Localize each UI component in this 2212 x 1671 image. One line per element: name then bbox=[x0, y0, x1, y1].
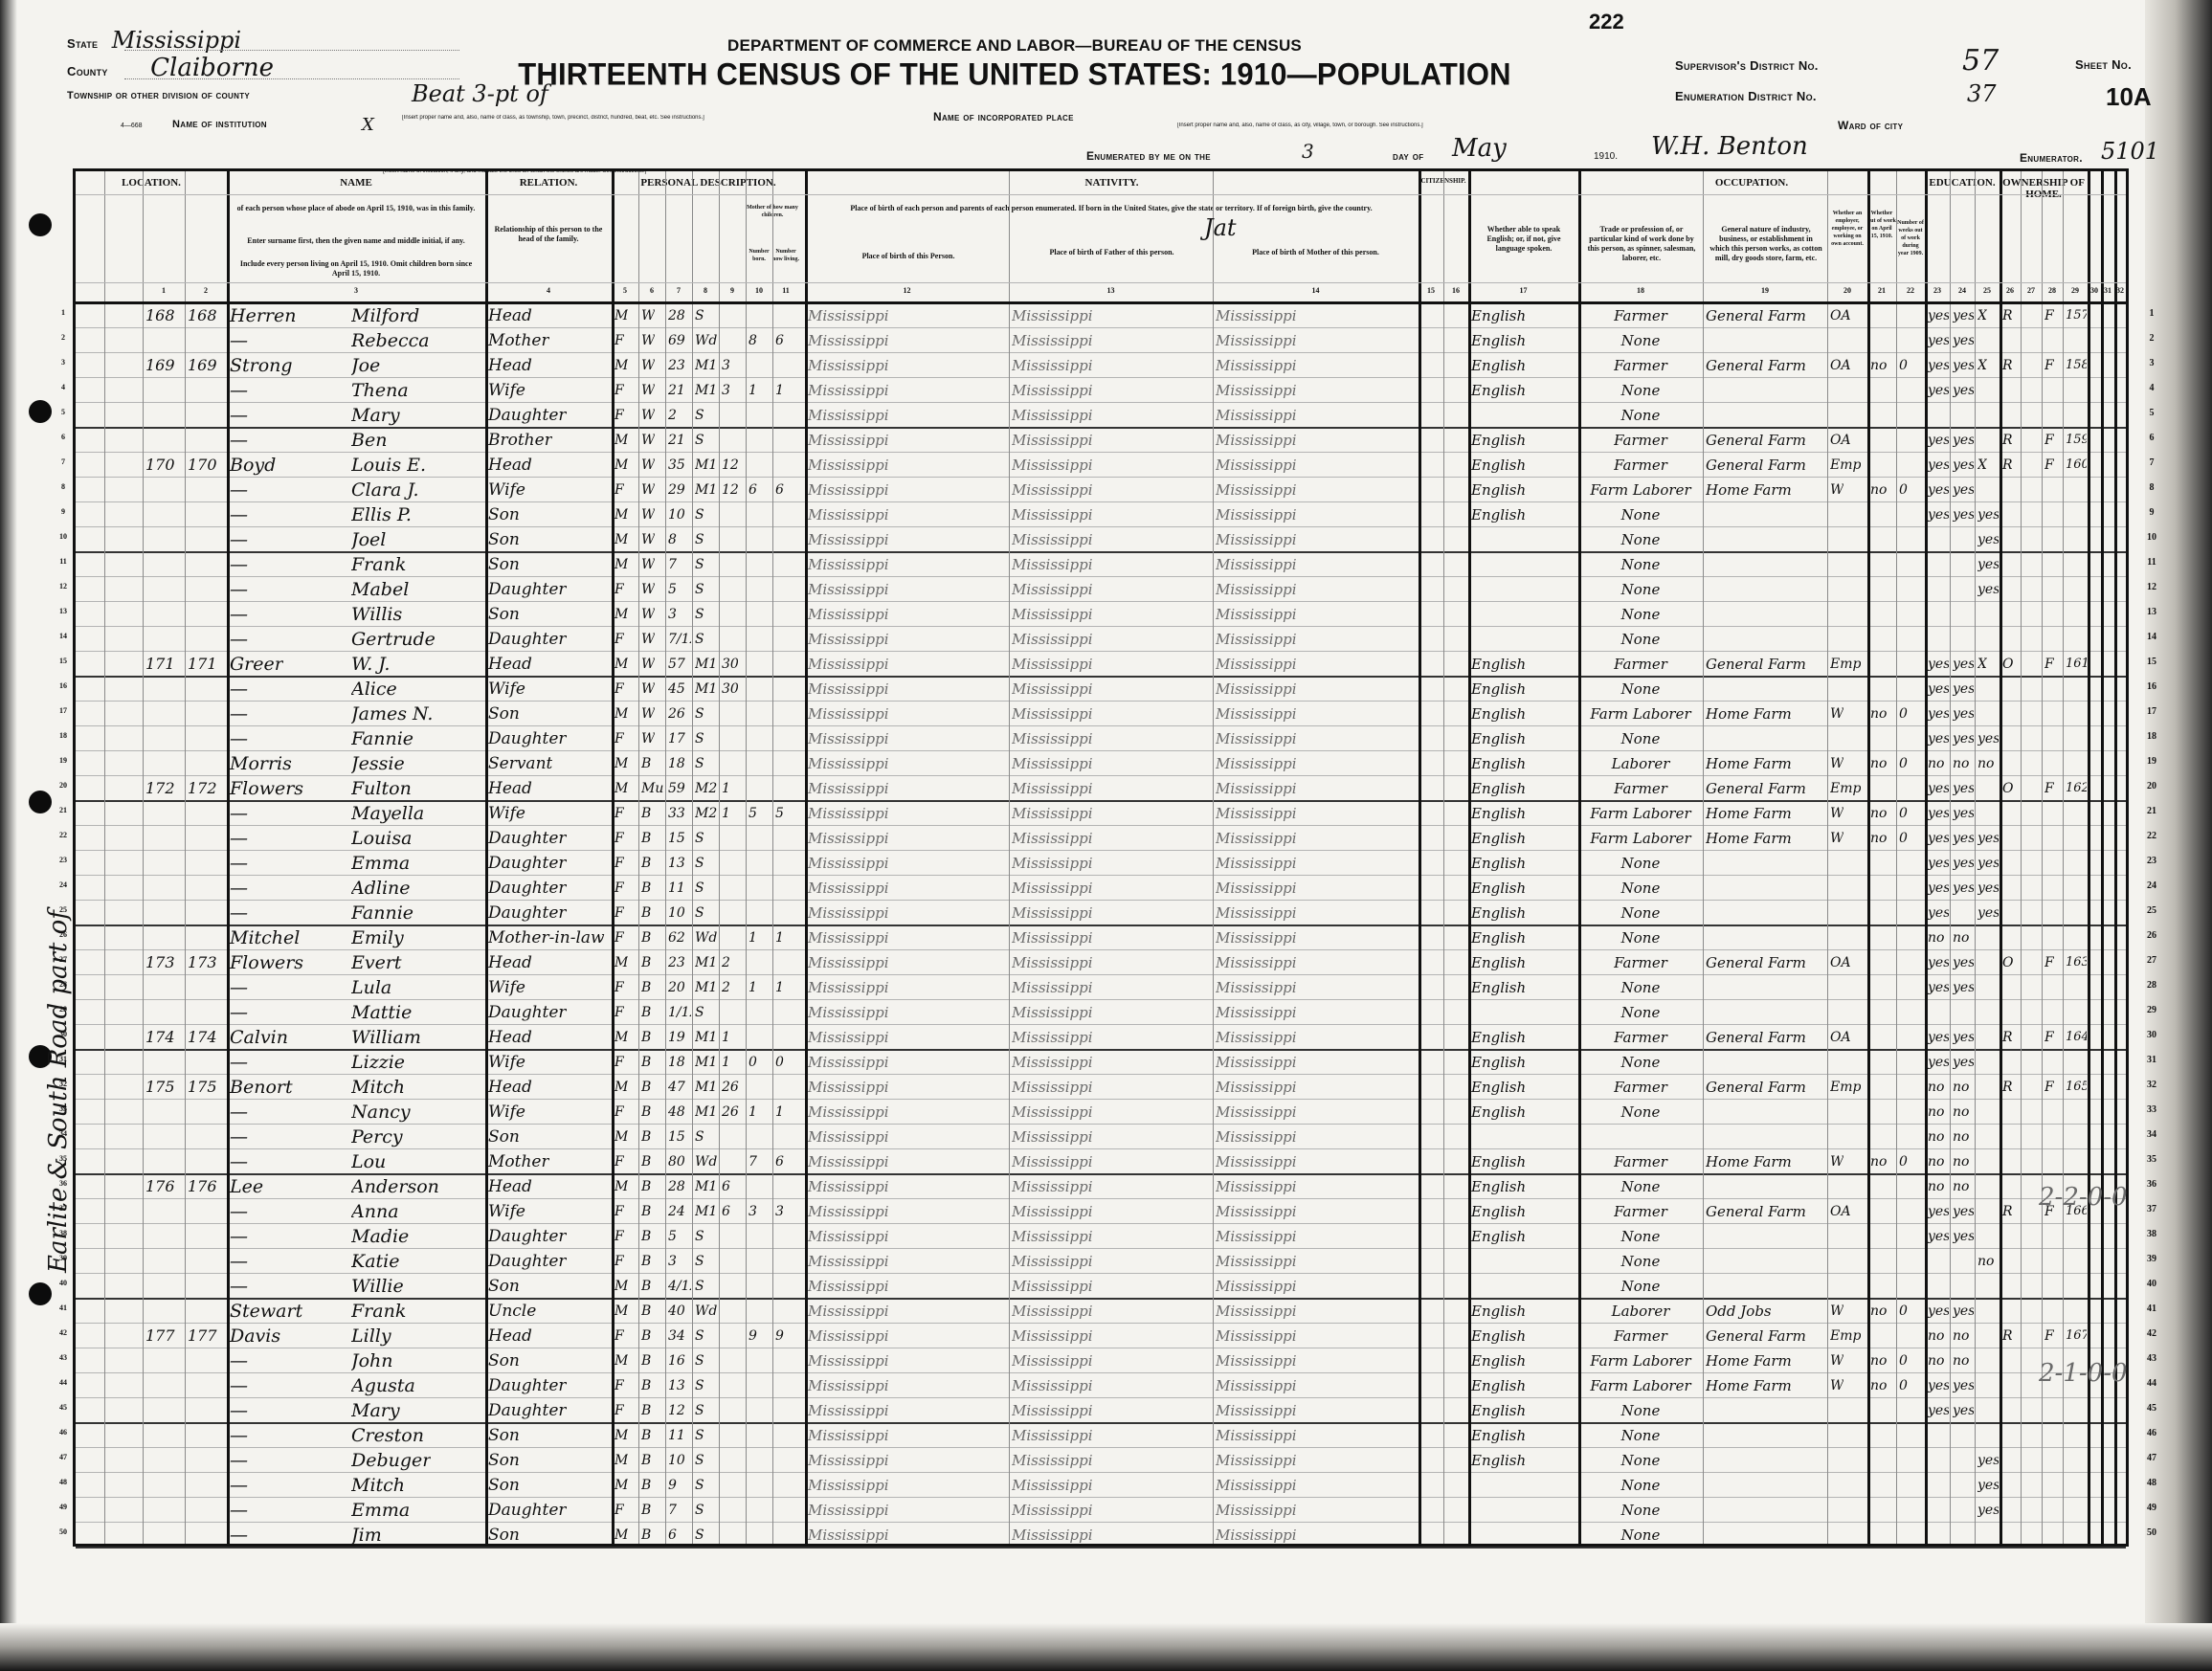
census-row[interactable]: —LizzieWifeFB18M1100MississippiMississip… bbox=[76, 1050, 2126, 1075]
cell-owned: O bbox=[2002, 654, 2013, 675]
line-number-left: 35 bbox=[54, 1154, 73, 1163]
cell-given: Mabel bbox=[351, 579, 409, 600]
cell-father: Mississippi bbox=[1012, 1375, 1093, 1396]
cell-english: English bbox=[1471, 853, 1526, 874]
cell-years-married: 30 bbox=[722, 654, 739, 675]
cell-surname: — bbox=[230, 1052, 248, 1073]
census-row[interactable]: 171171GreerW. J.HeadMW57M130MississippiM… bbox=[76, 652, 2126, 677]
cell-trade: None bbox=[1581, 1002, 1700, 1023]
cell-industry: General Farm bbox=[1706, 355, 1806, 376]
cell-english: English bbox=[1471, 828, 1526, 849]
cell-given: William bbox=[351, 1027, 421, 1048]
cell-sex: F bbox=[614, 1326, 624, 1347]
cell-english: English bbox=[1471, 355, 1526, 376]
census-row[interactable]: —FannieDaughterFW17SMississippiMississip… bbox=[76, 726, 2126, 751]
cell-given: Debuger bbox=[351, 1450, 431, 1471]
column-divider bbox=[1896, 171, 1897, 1544]
census-row[interactable]: 176176LeeAndersonHeadMB28M16MississippiM… bbox=[76, 1174, 2126, 1199]
line-number: 31 bbox=[2142, 1055, 2161, 1065]
cell-read: yes bbox=[1928, 479, 1949, 501]
census-row[interactable]: 174174CalvinWilliamHeadMB19M11Mississipp… bbox=[76, 1025, 2126, 1050]
cell-birth: Mississippi bbox=[808, 479, 889, 501]
cell-birth: Mississippi bbox=[808, 1425, 889, 1446]
cell-sex: F bbox=[614, 479, 624, 501]
cell-given: Joe bbox=[351, 355, 380, 376]
cell-trade: None bbox=[1581, 977, 1700, 998]
cell-schedule: 162 bbox=[2066, 778, 2087, 799]
cell-owned: R bbox=[2002, 1326, 2013, 1347]
cell-read: yes bbox=[1928, 455, 1949, 476]
line-number-left: 15 bbox=[54, 657, 73, 665]
cell-birth: Mississippi bbox=[808, 1002, 889, 1023]
cell-given: Creston bbox=[351, 1425, 424, 1446]
cell-dwelling: 176 bbox=[145, 1176, 175, 1197]
cell-race: B bbox=[641, 1500, 651, 1521]
cell-years-married: 12 bbox=[722, 479, 739, 501]
census-row[interactable]: —DebugerSonMB10SMississippiMississippiMi… bbox=[76, 1448, 2126, 1473]
cell-surname: — bbox=[230, 604, 248, 625]
column-divider bbox=[2114, 171, 2117, 1544]
cell-relation: Wife bbox=[488, 1052, 525, 1073]
cell-mother: Mississippi bbox=[1216, 1201, 1297, 1222]
cell-schedule: 161 bbox=[2066, 654, 2087, 675]
cell-read: yes bbox=[1928, 355, 1949, 376]
cell-age: 16 bbox=[668, 1350, 685, 1371]
census-row[interactable]: —GertrudeDaughterFW7/12SMississippiMissi… bbox=[76, 627, 2126, 652]
cell-born: 9 bbox=[749, 1326, 757, 1347]
cell-english: English bbox=[1471, 1425, 1526, 1446]
cell-mother: Mississippi bbox=[1216, 728, 1297, 749]
census-row[interactable]: —CrestonSonMB11SMississippiMississippiMi… bbox=[76, 1423, 2126, 1448]
cell-out: no bbox=[1870, 355, 1887, 376]
cell-write: no bbox=[1953, 1151, 1969, 1172]
line-number: 46 bbox=[2142, 1428, 2161, 1438]
cell-surname: — bbox=[230, 703, 248, 724]
cell-mother: Mississippi bbox=[1216, 878, 1297, 899]
census-row[interactable]: —NancyWifeFB48M12611MississippiMississip… bbox=[76, 1100, 2126, 1125]
cell-age: 15 bbox=[668, 1126, 685, 1147]
census-row[interactable]: MitchelEmilyMother-in-lawFB62Wd11Mississ… bbox=[76, 925, 2126, 950]
column-divider bbox=[2000, 171, 2002, 1544]
census-row[interactable]: —MitchSonMB9SMississippiMississippiMissi… bbox=[76, 1473, 2126, 1498]
cell-mother: Mississippi bbox=[1216, 579, 1297, 600]
cell-born: 1 bbox=[749, 1102, 757, 1123]
cell-father: Mississippi bbox=[1012, 380, 1093, 401]
cell-surname: Strong bbox=[230, 355, 293, 376]
cell-father: Mississippi bbox=[1012, 1500, 1093, 1521]
cell-living: 0 bbox=[775, 1052, 784, 1073]
census-row[interactable]: —Ellis P.SonMW10SMississippiMississippiM… bbox=[76, 502, 2126, 527]
cell-weeks: 0 bbox=[1899, 479, 1908, 501]
cell-given: Lula bbox=[351, 977, 391, 998]
census-row[interactable]: 177177DavisLillyHeadFB34S99MississippiMi… bbox=[76, 1324, 2126, 1348]
census-row[interactable]: MorrisJessieServantMB18SMississippiMissi… bbox=[76, 751, 2126, 776]
cell-father: Mississippi bbox=[1012, 654, 1093, 675]
line-number-left: 14 bbox=[54, 632, 73, 640]
census-row[interactable]: —MayellaWifeFB33M2155MississippiMississi… bbox=[76, 801, 2126, 826]
cell-mother: Mississippi bbox=[1216, 1176, 1297, 1197]
cell-mother: Mississippi bbox=[1216, 703, 1297, 724]
cell-farm: F bbox=[2044, 355, 2054, 376]
column-divider bbox=[1213, 171, 1214, 1544]
cell-sex: M bbox=[614, 952, 628, 973]
census-row[interactable]: —AgustaDaughterFB13SMississippiMississip… bbox=[76, 1373, 2126, 1398]
column-description: Place of birth of this Person. bbox=[813, 252, 1004, 261]
cell-write: yes bbox=[1953, 430, 1974, 451]
cell-surname: Stewart bbox=[230, 1301, 302, 1322]
cell-relation: Daughter bbox=[488, 1002, 567, 1023]
cell-given: James N. bbox=[351, 703, 433, 724]
line-number: 25 bbox=[2142, 905, 2161, 916]
column-divider bbox=[692, 171, 693, 1544]
tally-note: 2-1-0-0 bbox=[2039, 1359, 2128, 1388]
cell-mother: Mississippi bbox=[1216, 902, 1297, 924]
cell-dwelling: 173 bbox=[145, 952, 175, 973]
cell-years-married: 12 bbox=[722, 455, 739, 476]
cell-marital: M1 bbox=[695, 1176, 717, 1197]
column-divider bbox=[104, 171, 105, 1544]
line-number: 48 bbox=[2142, 1478, 2161, 1488]
line-number-left: 32 bbox=[54, 1080, 73, 1088]
cell-mother: Mississippi bbox=[1216, 629, 1297, 650]
line-number-left: 20 bbox=[54, 781, 73, 790]
cell-father: Mississippi bbox=[1012, 1400, 1093, 1421]
cell-owned: R bbox=[2002, 455, 2013, 476]
cell-english: English bbox=[1471, 753, 1526, 774]
cell-father: Mississippi bbox=[1012, 977, 1093, 998]
census-row[interactable]: —ThenaWifeFW21M1311MississippiMississipp… bbox=[76, 378, 2126, 403]
column-divider bbox=[772, 171, 773, 1544]
cell-mother: Mississippi bbox=[1216, 554, 1297, 575]
cell-marital: Wd bbox=[695, 1301, 717, 1322]
cell-out: no bbox=[1870, 1151, 1887, 1172]
column-number: 23 bbox=[1925, 286, 1950, 295]
cell-father: Mississippi bbox=[1012, 1102, 1093, 1123]
cell-father: Mississippi bbox=[1012, 1301, 1093, 1322]
line-number-left: 34 bbox=[54, 1129, 73, 1138]
cell-surname: — bbox=[230, 554, 248, 575]
cell-father: Mississippi bbox=[1012, 430, 1093, 451]
cell-race: B bbox=[641, 1226, 651, 1247]
cell-birth: Mississippi bbox=[808, 1027, 889, 1048]
cell-out: no bbox=[1870, 479, 1887, 501]
census-row[interactable]: —AnnaWifeFB24M1633MississippiMississippi… bbox=[76, 1199, 2126, 1224]
cell-marital: M1 bbox=[695, 679, 717, 700]
cell-english: English bbox=[1471, 703, 1526, 724]
cell-race: B bbox=[641, 1027, 651, 1048]
column-number: 15 bbox=[1419, 286, 1443, 295]
cell-class: Emp bbox=[1830, 778, 1861, 799]
census-row[interactable]: 172172FlowersFultonHeadMMu59M21Mississip… bbox=[76, 776, 2126, 801]
cell-given: Emma bbox=[351, 853, 410, 874]
cell-race: B bbox=[641, 1176, 651, 1197]
census-row[interactable]: —Clara J.WifeFW29M11266MississippiMissis… bbox=[76, 478, 2126, 502]
cell-surname: — bbox=[230, 1002, 248, 1023]
cell-trade: None bbox=[1581, 330, 1700, 351]
cell-surname: — bbox=[230, 330, 248, 351]
cell-marital: M1 bbox=[695, 380, 717, 401]
line-number: 11 bbox=[2142, 557, 2161, 568]
census-row[interactable]: —AdlineDaughterFB11SMississippiMississip… bbox=[76, 876, 2126, 901]
cell-read: no bbox=[1928, 1102, 1944, 1123]
column-divider bbox=[2042, 171, 2043, 1544]
cell-owned: O bbox=[2002, 778, 2013, 799]
cell-mother: Mississippi bbox=[1216, 1052, 1297, 1073]
cell-farm: F bbox=[2044, 778, 2054, 799]
cell-write: yes bbox=[1953, 330, 1974, 351]
cell-trade: Farm Laborer bbox=[1581, 1375, 1700, 1396]
line-number: 21 bbox=[2142, 806, 2161, 816]
census-row[interactable]: —WillisSonMW3SMississippiMississippiMiss… bbox=[76, 602, 2126, 627]
line-number: 1 bbox=[2142, 308, 2161, 319]
column-number: 27 bbox=[2021, 286, 2042, 295]
cell-age: 29 bbox=[668, 479, 685, 501]
line-number-left: 25 bbox=[54, 905, 73, 914]
cell-marital: S bbox=[695, 305, 704, 326]
cell-given: Rebecca bbox=[351, 330, 430, 351]
census-row[interactable]: —MattieDaughterFB1/12SMississippiMississ… bbox=[76, 1000, 2126, 1025]
cell-read: no bbox=[1928, 1077, 1944, 1098]
census-row[interactable]: —FannieDaughterFB10SMississippiMississip… bbox=[76, 901, 2126, 925]
cell-surname: — bbox=[230, 629, 248, 650]
line-number-left: 39 bbox=[54, 1254, 73, 1262]
cell-trade: None bbox=[1581, 927, 1700, 948]
cell-english: English bbox=[1471, 305, 1526, 326]
cell-school: yes bbox=[1977, 554, 1999, 575]
cell-relation: Son bbox=[488, 1525, 520, 1546]
cell-age: 59 bbox=[668, 778, 685, 799]
cell-trade: None bbox=[1581, 579, 1700, 600]
cell-surname: Flowers bbox=[230, 778, 303, 799]
census-row[interactable]: —PercySonMB15SMississippiMississippiMiss… bbox=[76, 1125, 2126, 1149]
cell-birth: Mississippi bbox=[808, 604, 889, 625]
cell-born: 5 bbox=[749, 803, 757, 824]
cell-race: B bbox=[641, 803, 651, 824]
cell-mother: Mississippi bbox=[1216, 1027, 1297, 1048]
cell-class: W bbox=[1830, 828, 1843, 849]
cell-read: yes bbox=[1928, 330, 1949, 351]
cell-schedule: 163 bbox=[2066, 952, 2087, 973]
line-number-left: 23 bbox=[54, 856, 73, 864]
census-row[interactable]: —MabelDaughterFW5SMississippiMississippi… bbox=[76, 577, 2126, 602]
cell-birth: Mississippi bbox=[808, 1500, 889, 1521]
census-row[interactable]: —BenBrotherMW21SMississippiMississippiMi… bbox=[76, 428, 2126, 453]
census-row[interactable]: —EmmaDaughterFB7SMississippiMississippiM… bbox=[76, 1498, 2126, 1523]
cell-born: 1 bbox=[749, 380, 757, 401]
cell-mother: Mississippi bbox=[1216, 1525, 1297, 1546]
line-number: 30 bbox=[2142, 1030, 2161, 1040]
line-number: 19 bbox=[2142, 756, 2161, 767]
cell-race: B bbox=[641, 1375, 651, 1396]
cell-age: 48 bbox=[668, 1102, 685, 1123]
state-label: State bbox=[67, 36, 98, 51]
cell-birth: Mississippi bbox=[808, 554, 889, 575]
line-number-left: 8 bbox=[54, 482, 73, 491]
line-number: 32 bbox=[2142, 1080, 2161, 1090]
cell-marital: Wd bbox=[695, 927, 717, 948]
cell-write: yes bbox=[1953, 1027, 1974, 1048]
column-number: 3 bbox=[227, 286, 485, 295]
cell-trade: Farm Laborer bbox=[1581, 803, 1700, 824]
line-number-left: 21 bbox=[54, 806, 73, 814]
cell-mother: Mississippi bbox=[1216, 1276, 1297, 1297]
cell-father: Mississippi bbox=[1012, 679, 1093, 700]
cell-race: W bbox=[641, 579, 655, 600]
cell-write: no bbox=[1953, 1176, 1969, 1197]
cell-trade: None bbox=[1581, 679, 1700, 700]
census-row[interactable]: —LouisaDaughterFB15SMississippiMississip… bbox=[76, 826, 2126, 851]
line-number: 43 bbox=[2142, 1353, 2161, 1364]
cell-sex: M bbox=[614, 1077, 628, 1098]
census-row[interactable]: —JoelSonMW8SMississippiMississippiMissis… bbox=[76, 527, 2126, 552]
cell-write: yes bbox=[1953, 1052, 1974, 1073]
cell-sex: F bbox=[614, 927, 624, 948]
census-row[interactable]: —WillieSonMB4/12SMississippiMississippiM… bbox=[76, 1274, 2126, 1299]
line-number: 38 bbox=[2142, 1229, 2161, 1239]
day-of-label: day of bbox=[1393, 149, 1423, 163]
census-row[interactable]: —James N.SonMW26SMississippiMississippiM… bbox=[76, 702, 2126, 726]
census-row[interactable]: —KatieDaughterFB3SMississippiMississippi… bbox=[76, 1249, 2126, 1274]
cell-surname: — bbox=[230, 1226, 248, 1247]
cell-read: no bbox=[1928, 1326, 1944, 1347]
cell-family: 168 bbox=[188, 305, 217, 326]
cell-schedule: 157 bbox=[2066, 305, 2087, 326]
cell-race: B bbox=[641, 1326, 651, 1347]
census-row[interactable]: 175175BenortMitchHeadMB47M126Mississippi… bbox=[76, 1075, 2126, 1100]
cell-class: W bbox=[1830, 753, 1843, 774]
enumeration-district-label: Enumeration District No. bbox=[1675, 89, 1817, 103]
cell-marital: M1 bbox=[695, 977, 717, 998]
cell-sex: M bbox=[614, 604, 628, 625]
cell-marital: M1 bbox=[695, 1052, 717, 1073]
cell-surname: — bbox=[230, 1276, 248, 1297]
census-row[interactable]: —LulaWifeFB20M1211MississippiMississippi… bbox=[76, 975, 2126, 1000]
cell-write: no bbox=[1953, 1350, 1969, 1371]
cell-out: no bbox=[1870, 1301, 1887, 1322]
cell-father: Mississippi bbox=[1012, 554, 1093, 575]
cell-race: B bbox=[641, 1077, 651, 1098]
census-row[interactable]: —MaryDaughterFW2SMississippiMississippiM… bbox=[76, 403, 2126, 428]
column-description: Enter surname first, then the given name… bbox=[236, 236, 476, 246]
cell-age: 28 bbox=[668, 1176, 685, 1197]
row-rule bbox=[76, 1547, 2126, 1548]
cell-given: Lilly bbox=[351, 1326, 391, 1347]
cell-relation: Daughter bbox=[488, 1400, 567, 1421]
line-number: 26 bbox=[2142, 930, 2161, 941]
cell-given: Emma bbox=[351, 1500, 410, 1521]
column-number-rule bbox=[76, 282, 2126, 283]
cell-class: OA bbox=[1830, 1027, 1851, 1048]
column-divider bbox=[638, 171, 639, 1544]
cell-marital: Wd bbox=[695, 1151, 717, 1172]
census-row[interactable]: —JohnSonMB16SMississippiMississippiMissi… bbox=[76, 1348, 2126, 1373]
column-group-header: OCCUPATION. bbox=[1578, 177, 1925, 189]
census-row[interactable]: —FrankSonMW7SMississippiMississippiMissi… bbox=[76, 552, 2126, 577]
cell-school: X bbox=[1977, 654, 1987, 675]
cell-given: Milford bbox=[351, 305, 419, 326]
cell-write: no bbox=[1953, 1077, 1969, 1098]
cell-sex: M bbox=[614, 1176, 628, 1197]
census-table: LOCATION.NAMERELATION.PERSONAL DESCRIPTI… bbox=[73, 168, 2129, 1547]
cell-father: Mississippi bbox=[1012, 1276, 1093, 1297]
cell-relation: Daughter bbox=[488, 853, 567, 874]
cell-trade: None bbox=[1581, 1475, 1700, 1496]
cell-surname: — bbox=[230, 1475, 248, 1496]
cell-mother: Mississippi bbox=[1216, 1475, 1297, 1496]
cell-given: Nancy bbox=[351, 1102, 411, 1123]
cell-trade: None bbox=[1581, 1425, 1700, 1446]
cell-weeks: 0 bbox=[1899, 355, 1908, 376]
census-row[interactable]: —MadieDaughterFB5SMississippiMississippi… bbox=[76, 1224, 2126, 1249]
census-row[interactable]: —JimSonMB6SMississippiMississippiMississ… bbox=[76, 1523, 2126, 1548]
cell-relation: Son bbox=[488, 1350, 520, 1371]
census-row[interactable]: 173173FlowersEvertHeadMB23M12Mississippi… bbox=[76, 950, 2126, 975]
cell-marital: S bbox=[695, 1375, 704, 1396]
cell-surname: — bbox=[230, 529, 248, 550]
cell-surname: — bbox=[230, 1251, 248, 1272]
cell-school: no bbox=[1977, 753, 1994, 774]
cell-father: Mississippi bbox=[1012, 803, 1093, 824]
cell-birth: Mississippi bbox=[808, 654, 889, 675]
cell-class: W bbox=[1830, 1350, 1843, 1371]
census-row[interactable]: 170170BoydLouis E.HeadMW35M112Mississipp… bbox=[76, 453, 2126, 478]
cell-age: 5 bbox=[668, 579, 677, 600]
cell-class: Emp bbox=[1830, 1077, 1861, 1098]
cell-family: 175 bbox=[188, 1077, 217, 1098]
cell-marital: M1 bbox=[695, 1077, 717, 1098]
cell-born: 6 bbox=[749, 479, 757, 501]
cell-trade: Farmer bbox=[1581, 952, 1700, 973]
cell-race: W bbox=[641, 380, 655, 401]
cell-farm: F bbox=[2044, 952, 2054, 973]
cell-trade: Farmer bbox=[1581, 654, 1700, 675]
cell-class: OA bbox=[1830, 1201, 1851, 1222]
cell-sex: M bbox=[614, 504, 628, 525]
line-number-left: 22 bbox=[54, 831, 73, 839]
census-row[interactable]: —MaryDaughterFB12SMississippiMississippi… bbox=[76, 1398, 2126, 1423]
line-number: 23 bbox=[2142, 856, 2161, 866]
census-row[interactable]: 168168HerrenMilfordHeadMW28SMississippiM… bbox=[76, 303, 2126, 328]
cell-sex: F bbox=[614, 1002, 624, 1023]
cell-given: Mitch bbox=[351, 1077, 405, 1098]
line-number-left: 41 bbox=[54, 1303, 73, 1312]
cell-given: Fannie bbox=[351, 728, 413, 749]
cell-english: English bbox=[1471, 728, 1526, 749]
census-row[interactable]: StewartFrankUncleMB40WdMississippiMissis… bbox=[76, 1299, 2126, 1324]
cell-birth: Mississippi bbox=[808, 405, 889, 426]
cell-surname: Davis bbox=[230, 1326, 280, 1347]
cell-age: 4/12 bbox=[668, 1276, 691, 1297]
cell-age: 23 bbox=[668, 952, 685, 973]
census-row[interactable]: 169169StrongJoeHeadMW23M13MississippiMis… bbox=[76, 353, 2126, 378]
cell-write: yes bbox=[1953, 380, 1974, 401]
cell-relation: Wife bbox=[488, 977, 525, 998]
cell-trade: None bbox=[1581, 554, 1700, 575]
cell-birth: Mississippi bbox=[808, 728, 889, 749]
cell-surname: Morris bbox=[230, 753, 292, 774]
cell-mother: Mississippi bbox=[1216, 828, 1297, 849]
cell-marital: S bbox=[695, 1002, 704, 1023]
line-number: 20 bbox=[2142, 781, 2161, 791]
cell-father: Mississippi bbox=[1012, 479, 1093, 501]
census-row[interactable]: —LouMotherFB80Wd76MississippiMississippi… bbox=[76, 1149, 2126, 1174]
cell-sex: M bbox=[614, 305, 628, 326]
census-row[interactable]: —EmmaDaughterFB13SMississippiMississippi… bbox=[76, 851, 2126, 876]
column-number: 26 bbox=[2000, 286, 2021, 295]
census-row[interactable]: —RebeccaMotherFW69Wd86MississippiMississ… bbox=[76, 328, 2126, 353]
cell-owned: R bbox=[2002, 1201, 2013, 1222]
census-row[interactable]: —AliceWifeFW45M130MississippiMississippi… bbox=[76, 677, 2126, 702]
